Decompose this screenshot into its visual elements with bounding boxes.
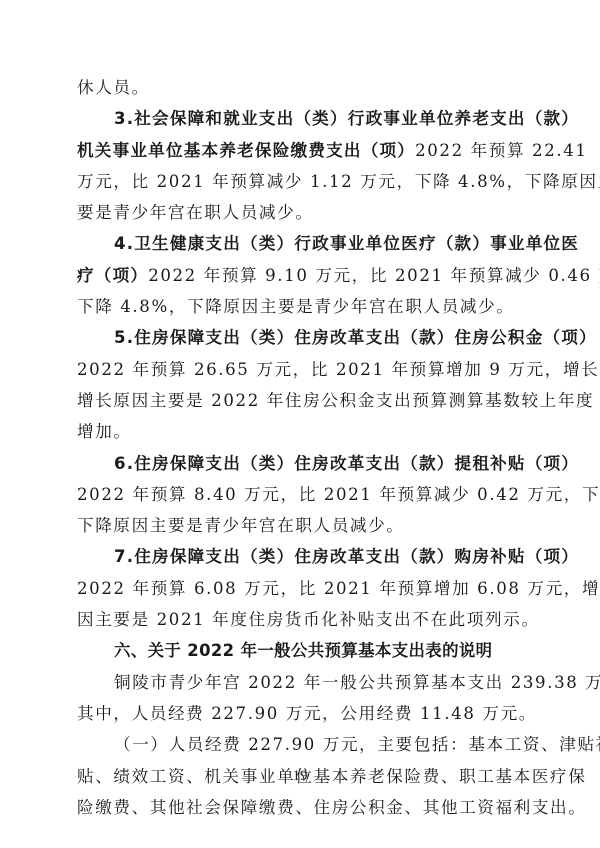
item-3-line: 机关事业单位基本养老保险缴费支出（项）2022 年预算 22.41 [77,135,523,166]
text-line: 铜陵市青少年宫 2022 年一般公共预算基本支出 239.38 万元， [77,667,523,698]
text-line: 险缴费、其他社会保障缴费、住房公积金、其他工资福利支出。 [77,792,523,823]
item-3-title: 3.社会保障和就业支出（类）行政事业单位养老支出（款） [77,103,523,134]
item-7-title: 7.住房保障支出（类）住房改革支出（款）购房补贴（项） [77,541,523,572]
text-line: 因主要是 2021 年度住房货币化补贴支出不在此项列示。 [77,604,523,635]
text-line: 2022 年预算 8.40 万元，比 2021 年预算减少 0.42 万元，下降… [77,479,523,510]
text-line: 其中，人员经费 227.90 万元，公用经费 11.48 万元。 [77,698,523,729]
text-line: 休人员。 [77,72,523,103]
document-body: 休人员。 3.社会保障和就业支出（类）行政事业单位养老支出（款） 机关事业单位基… [77,72,523,823]
document-page: 休人员。 3.社会保障和就业支出（类）行政事业单位养老支出（款） 机关事业单位基… [0,0,600,848]
page-number: 19 [0,768,600,785]
text-line: 下降原因主要是青少年宫在职人员减少。 [77,510,523,541]
text-line: 增加。 [77,416,523,447]
text-line: 2022 年预算 26.65 万元，比 2021 年预算增加 9 万元，增长 3… [77,354,523,385]
item-5-title: 5.住房保障支出（类）住房改革支出（款）住房公积金（项） [77,322,523,353]
text-line: 2022 年预算 6.08 万元，比 2021 年预算增加 6.08 万元，增长… [77,573,523,604]
text-line: 要是青少年宫在职人员减少。 [77,197,523,228]
item-4-line: 疗（项）2022 年预算 9.10 万元，比 2021 年预算减少 0.46 万… [77,260,523,291]
item-6-title: 6.住房保障支出（类）住房改革支出（款）提租补贴（项） [77,448,523,479]
text-line: 下降 4.8%，下降原因主要是青少年宫在职人员减少。 [77,291,523,322]
text-line: （一）人员经费 227.90 万元，主要包括：基本工资、津贴补 [77,729,523,760]
section-6-heading: 六、关于 2022 年一般公共预算基本支出表的说明 [77,635,523,666]
text-line: 增长原因主要是 2022 年住房公积金支出预算测算基数较上年度 [77,385,523,416]
text-line: 万元，比 2021 年预算减少 1.12 万元，下降 4.8%，下降原因主 [77,166,523,197]
item-4-title: 4.卫生健康支出（类）行政事业单位医疗（款）事业单位医 [77,228,523,259]
